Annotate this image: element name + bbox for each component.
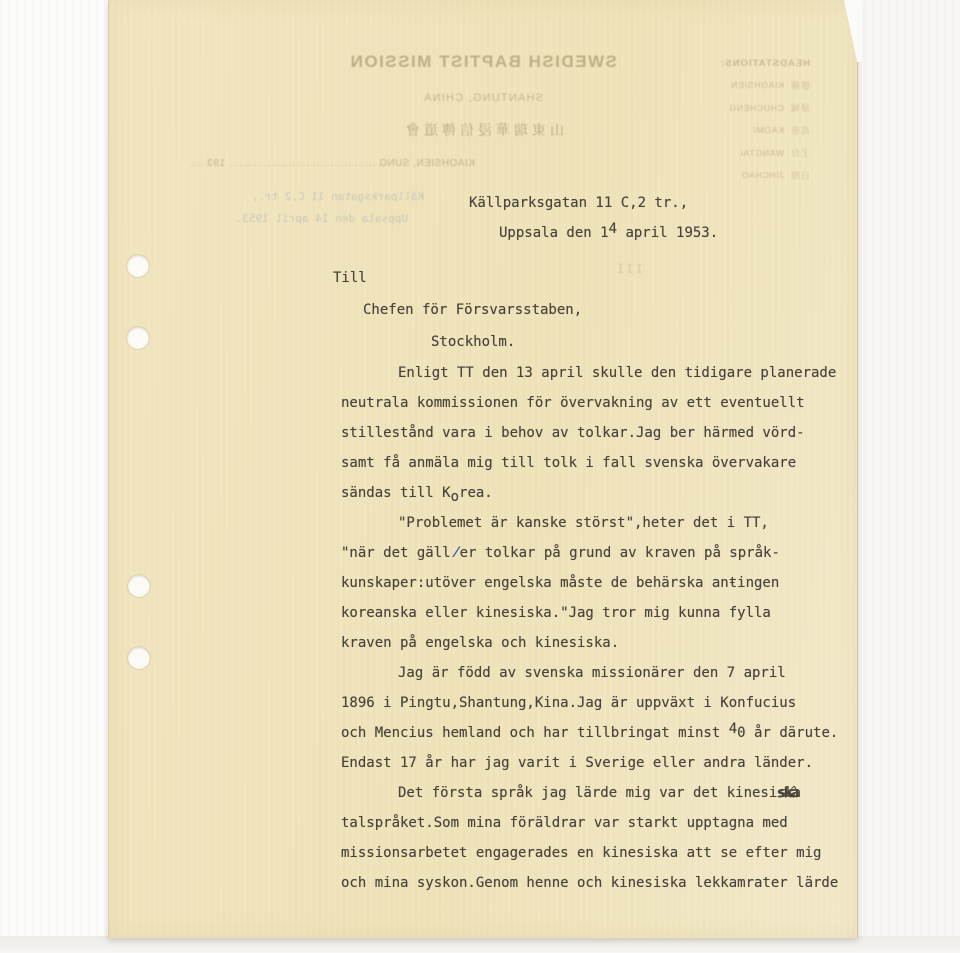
letterhead-dateline: KIAOHSIEN, SUNG ........................… bbox=[190, 158, 475, 169]
body-line: talspråket.Som mina föräldrar var starkt… bbox=[341, 808, 838, 838]
body-line: Endast 17 år har jag varit i Sverige ell… bbox=[341, 748, 838, 778]
body-line: Jag är född av svenska missionärer den 7… bbox=[341, 658, 838, 688]
station-chinese: 王台 bbox=[790, 146, 810, 159]
body-line: samt få anmäla mig till tolk i fall sven… bbox=[341, 448, 838, 478]
dateline-place: KIAOHSIEN, SUNG bbox=[379, 158, 475, 169]
station-name: JIHCHAO bbox=[741, 170, 784, 180]
station-chinese: 日照 bbox=[790, 169, 810, 182]
station-name: WANGTAI bbox=[740, 148, 784, 158]
blue-pen-slash: / bbox=[450, 537, 461, 568]
body-line: "Problemet är kanske störst",heter det i… bbox=[341, 508, 838, 538]
letterhead-bleed: SWEDISH BAPTIST MISSION SHANTUNG, CHINA … bbox=[116, 38, 850, 210]
raised-four: 4 bbox=[729, 721, 737, 737]
address-bleed-line: Uppsala den 14 april 1953. bbox=[238, 208, 438, 230]
line-text: er tolkar på grund av kraven på språk- bbox=[460, 545, 780, 561]
headstations-label: HEADSTATIONS: bbox=[720, 58, 810, 69]
body-line: Enligt TT den 13 april skulle den tidiga… bbox=[341, 358, 838, 388]
body-line: Det första språk jag lärde mig var det k… bbox=[341, 778, 838, 808]
subscript-o-typo: o bbox=[451, 489, 459, 505]
station-chinese: 高密 bbox=[790, 124, 810, 137]
scanned-document: SWEDISH BAPTIST MISSION SHANTUNG, CHINA … bbox=[0, 0, 960, 953]
station-chinese: 諸城 bbox=[790, 101, 810, 114]
raised-four: 4 bbox=[609, 221, 617, 237]
body-line: koreanska eller kinesiska."Jag tror mig … bbox=[341, 598, 838, 628]
station-row: 膠縣 KIAOHSIEN bbox=[720, 79, 810, 92]
dateline-tail-dots: .... bbox=[190, 158, 204, 168]
station-name: CHUCHENG bbox=[728, 103, 784, 113]
station-name: KAOMI bbox=[753, 125, 784, 135]
punch-hole bbox=[128, 647, 150, 669]
body-line: sändas till Korea. bbox=[341, 478, 838, 508]
body-line: och Mencius hemland och har tillbringat … bbox=[341, 718, 838, 748]
body-line: 1896 i Pingtu,Shantung,Kina.Jag är uppvä… bbox=[341, 688, 838, 718]
station-row: 高密 KAOMI bbox=[720, 124, 810, 137]
letter-paper: SWEDISH BAPTIST MISSION SHANTUNG, CHINA … bbox=[108, 0, 858, 938]
headstations-column: HEADSTATIONS: 膠縣 KIAOHSIEN 諸城 CHUCHENG 高… bbox=[720, 58, 810, 182]
body-line: neutrala kommissionen för övervakning av… bbox=[341, 388, 838, 418]
body-line: missionsarbetet engagerades en kinesiska… bbox=[341, 838, 838, 868]
punch-hole bbox=[127, 255, 149, 277]
address-bleed: Källparksgatan 11 C,2 tr., Uppsala den 1… bbox=[238, 186, 438, 234]
faint-ink-mark: III bbox=[617, 262, 645, 276]
body-line: "när det gäll/er tolkar på grund av krav… bbox=[341, 538, 838, 568]
punch-hole bbox=[128, 575, 150, 597]
station-chinese: 膠縣 bbox=[790, 79, 810, 92]
caret-mark: ^ bbox=[787, 776, 801, 807]
address-date-line: Uppsala den 14 april 1953. bbox=[469, 218, 718, 248]
address-bleed-line: Källparksgatan 11 C,2 tr., bbox=[238, 186, 438, 208]
dateline-year: 193 bbox=[207, 158, 225, 169]
date-text: Uppsala den 1 bbox=[499, 225, 609, 241]
salutation-to: Till bbox=[333, 262, 582, 294]
paragraph-3: Jag är född av svenska missionärer den 7… bbox=[341, 658, 838, 778]
paragraph-4: Det första språk jag lärde mig var det k… bbox=[341, 778, 838, 898]
line-text: Det första språk jag lärde mig var det k… bbox=[398, 785, 777, 801]
dateline-dots: ........................................… bbox=[228, 158, 375, 168]
line-text: sändas till K bbox=[341, 485, 451, 501]
letter-body: Enligt TT den 13 april skulle den tidiga… bbox=[341, 358, 838, 898]
line-text: rea. bbox=[459, 485, 493, 501]
body-line: stillestånd vara i behov av tolkar.Jag b… bbox=[341, 418, 838, 448]
body-line: och mina syskon.Genom henne och kinesisk… bbox=[341, 868, 838, 898]
sender-address: Källparksgatan 11 C,2 tr., Uppsala den 1… bbox=[469, 188, 718, 248]
recipient-name: Chefen för Försvarsstaben, bbox=[333, 294, 582, 326]
body-line: kraven på engelska och kinesiska. bbox=[341, 628, 838, 658]
punch-hole bbox=[127, 327, 149, 349]
line-text: och Mencius hemland och har tillbringat … bbox=[341, 725, 729, 741]
line-text: "när det gäll bbox=[341, 545, 451, 561]
body-line: kunskaper:utöver engelska måste de behär… bbox=[341, 568, 838, 598]
scan-bottom-shadow bbox=[0, 936, 960, 953]
station-row: 王台 WANGTAI bbox=[720, 146, 810, 159]
recipient-city: Stockholm. bbox=[333, 326, 582, 358]
line-text: 0 år därute. bbox=[737, 725, 838, 741]
paragraph-2: "Problemet är kanske störst",heter det i… bbox=[341, 508, 838, 658]
station-row: 日照 JIHCHAO bbox=[720, 169, 810, 182]
station-row: 諸城 CHUCHENG bbox=[720, 101, 810, 114]
overtype-correction: ska^ bbox=[777, 785, 798, 801]
recipient-block: Till Chefen för Försvarsstaben, Stockhol… bbox=[333, 262, 582, 358]
station-name: KIAOHSIEN bbox=[730, 80, 784, 90]
address-street-line: Källparksgatan 11 C,2 tr., bbox=[469, 188, 718, 218]
paragraph-1: Enligt TT den 13 april skulle den tidiga… bbox=[341, 358, 838, 508]
date-text: april 1953. bbox=[617, 225, 718, 241]
